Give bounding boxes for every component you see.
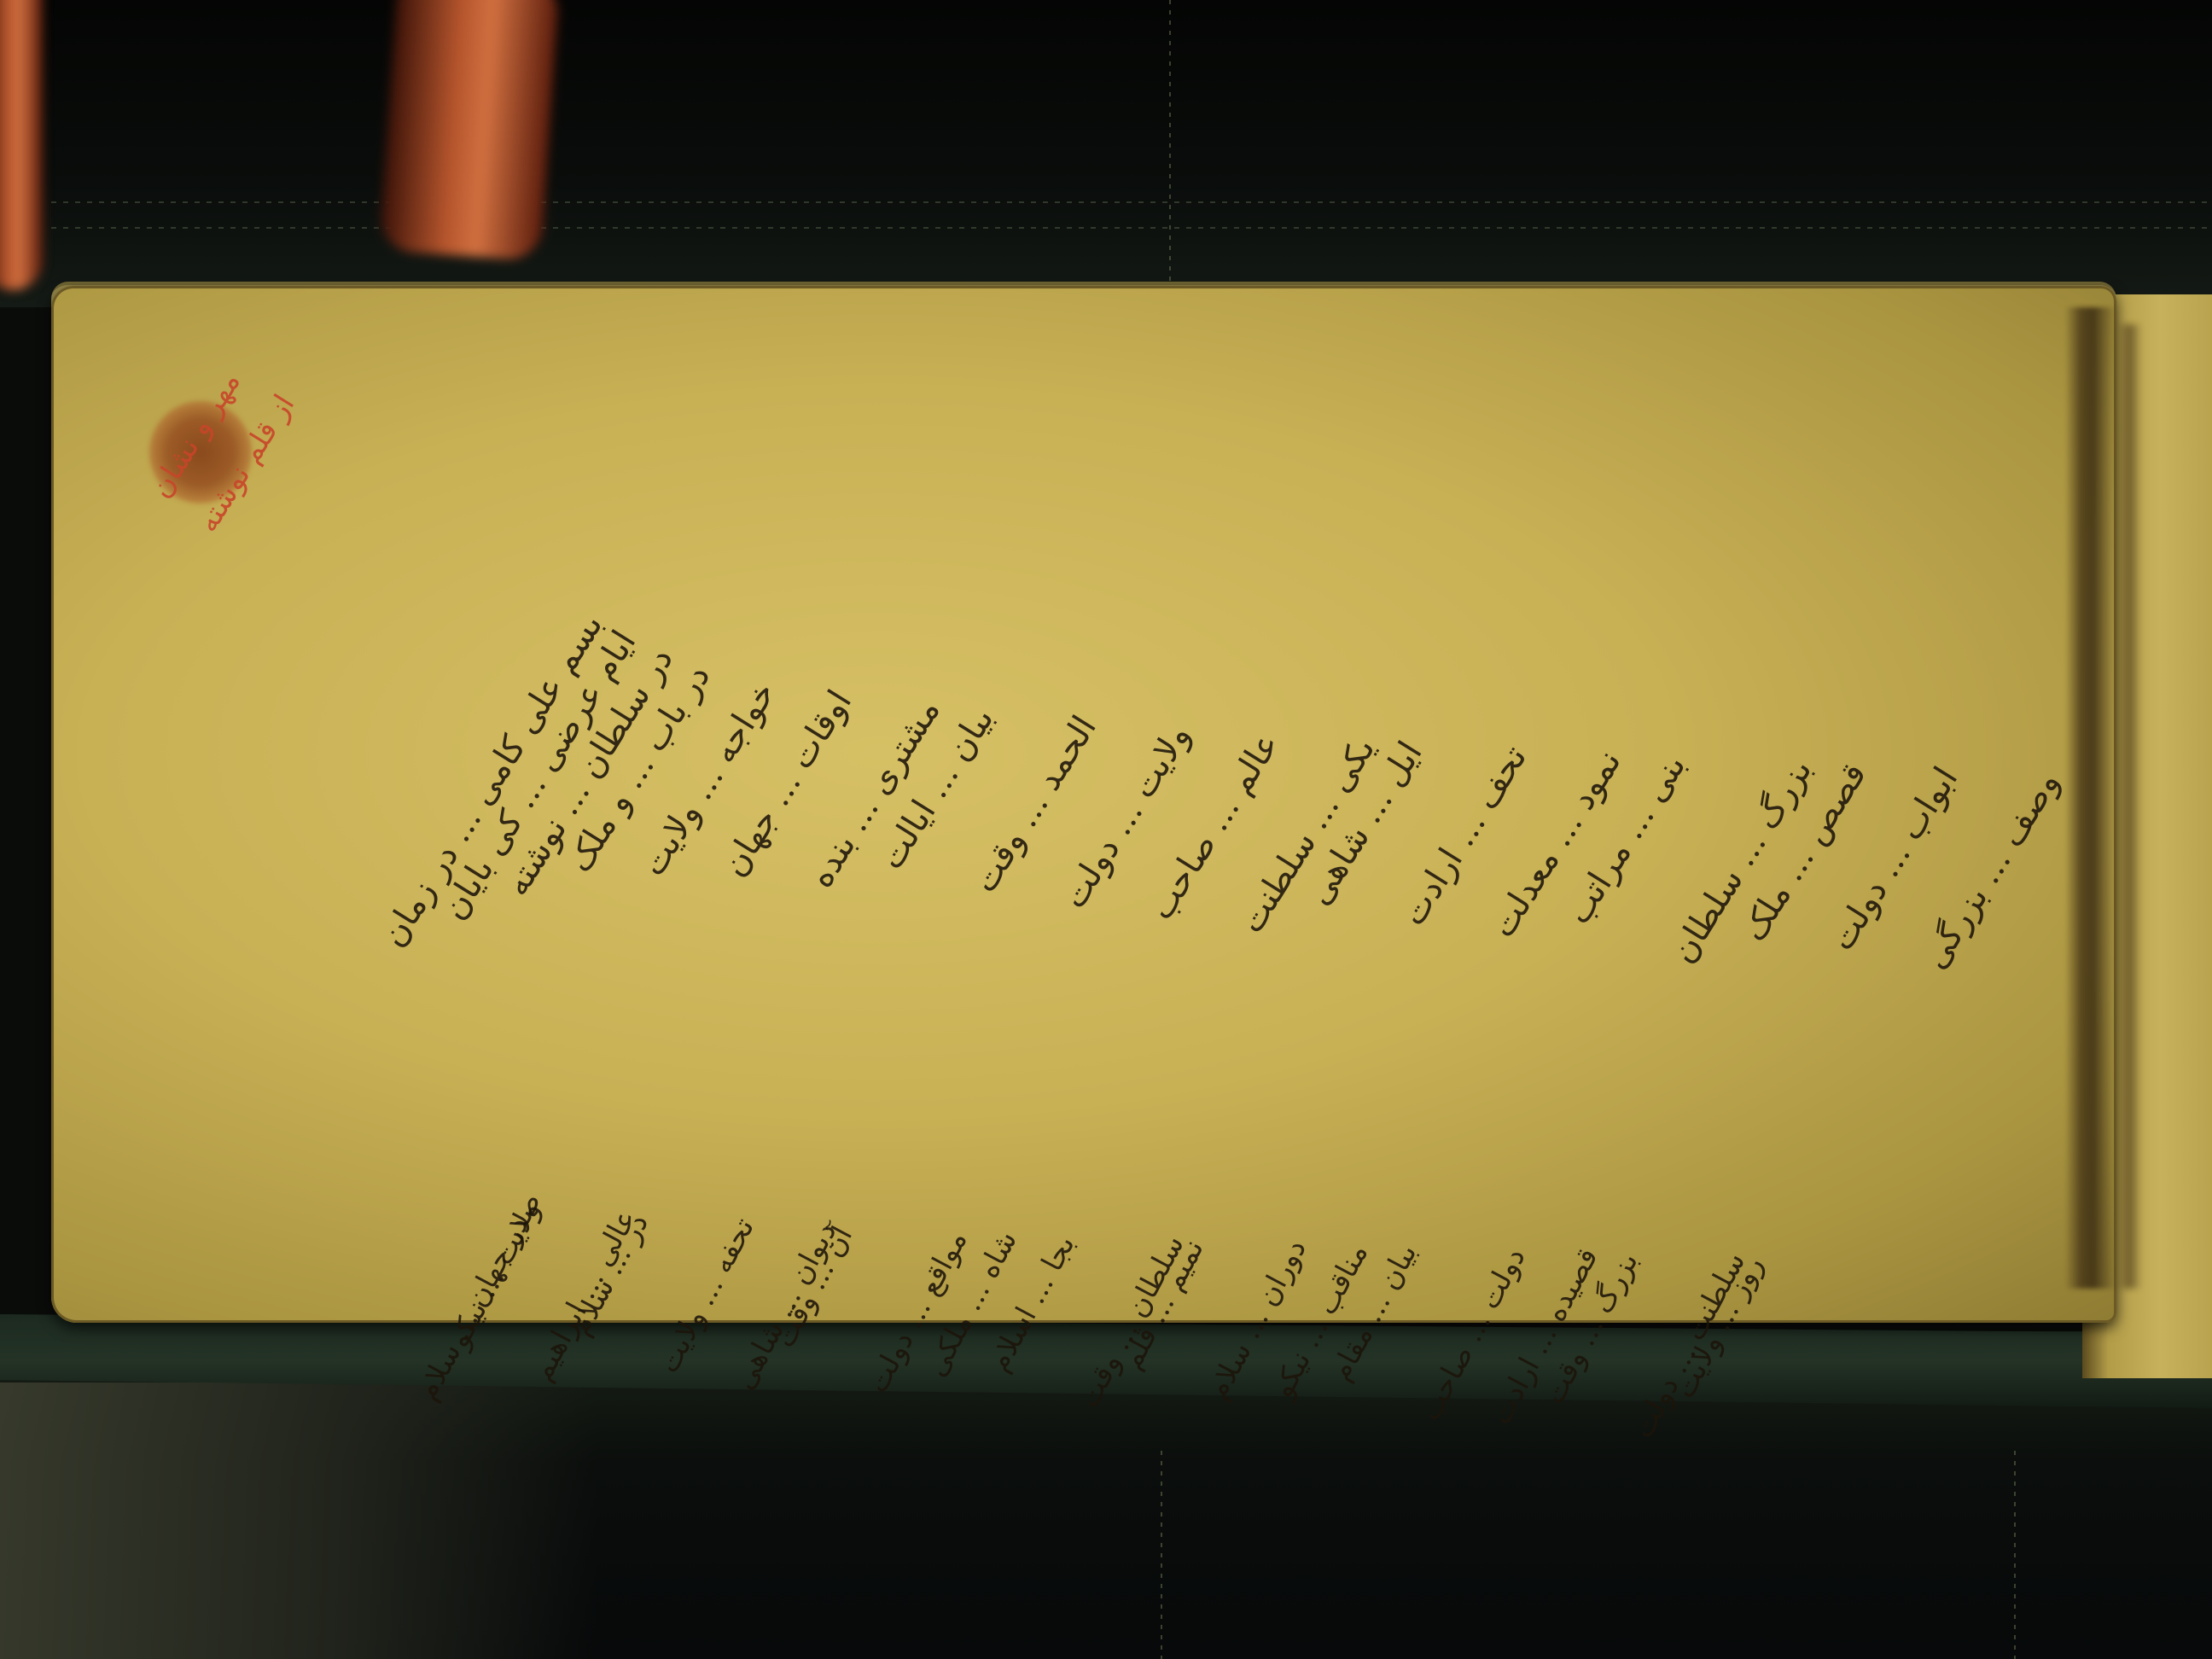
gutter-stain xyxy=(2065,307,2116,1289)
cloth-stitch-line xyxy=(51,201,2212,203)
cloth-stitch-line xyxy=(51,227,2212,229)
finger xyxy=(0,0,43,290)
dark-cloth-background-top xyxy=(0,0,2212,307)
gutter-stain xyxy=(2116,324,2142,1289)
cloth-seam xyxy=(2014,1451,2016,1659)
grey-cloth-panel xyxy=(0,1382,597,1659)
manuscript-page xyxy=(51,286,2116,1323)
finger xyxy=(379,0,561,261)
cloth-seam xyxy=(1169,0,1171,282)
cloth-seam xyxy=(1161,1451,1162,1659)
